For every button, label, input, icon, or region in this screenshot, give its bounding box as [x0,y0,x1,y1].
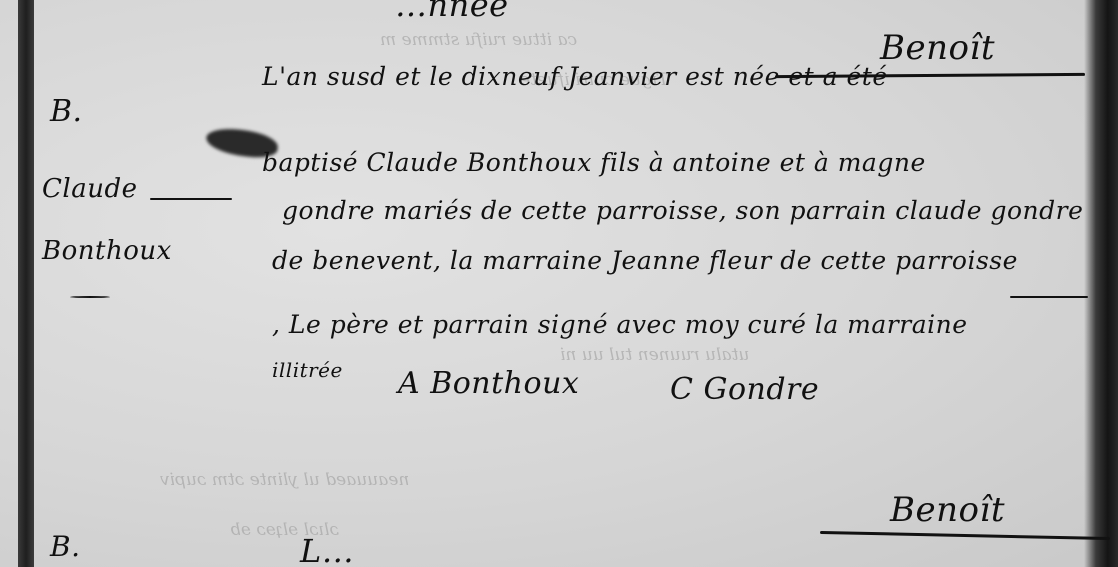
signature-underline-bottom [820,531,1110,540]
father-signature: A Bonthoux [398,366,579,401]
priest-signature-bottom: Benoît [890,490,1005,530]
entry-line-1: L'an susd et le dixneuf Jeanvier est née… [262,62,888,91]
next-entry-start: L… [300,532,354,567]
margin-underline [150,198,232,200]
margin-child-last-name: Bonthoux [42,236,172,266]
line-end-flourish [1010,296,1088,298]
entry-marker-baptism: B. [50,94,83,129]
entry-line-6: illitrée [272,358,343,382]
bleed-through-text: ca ittue ruifu stmme m [380,30,577,50]
entry-marker-baptism-next: B. [50,530,80,563]
binding-edge [18,0,34,567]
margin-flourish [70,296,110,298]
previous-entry-fragment: …nnée [395,0,509,24]
page-edge-shadow [1084,0,1118,567]
margin-child-first-name: Claude [42,174,138,204]
entry-line-2: baptisé Claude Bonthoux fils à antoine e… [262,148,926,177]
godfather-signature: C Gondre [670,372,819,407]
entry-line-3: gondre mariés de cette parroisse, son pa… [282,196,1083,225]
bleed-through-text: utalu ruunen tul uu ni [560,345,749,365]
entry-line-4: de benevent, la marraine Jeanne fleur de… [272,246,1018,275]
priest-signature-top: Benoît [880,28,995,68]
entry-line-5: , Le père et parrain signé avec moy curé… [272,310,968,339]
bleed-through-text: neauuaed ul ylinte ɔtm ɔupiv [160,470,409,490]
register-page: ca ittue ruifu stmme m Tigue cuiri ifuet… [0,0,1118,567]
